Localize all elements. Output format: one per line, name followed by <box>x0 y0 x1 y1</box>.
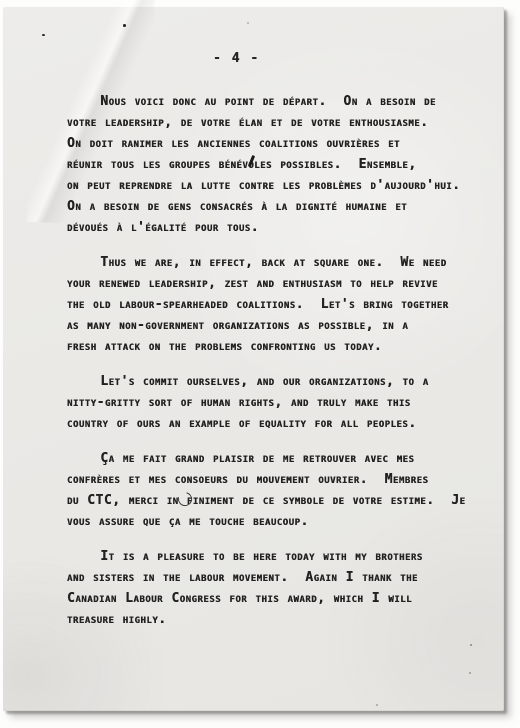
paragraph-french-thanks: Ça me fait grand plaisir de me retrouver… <box>67 448 507 532</box>
paper-speck <box>470 644 472 646</box>
paragraph-english-commit: Let's commit ourselves, and our organiza… <box>67 371 507 434</box>
paper-speck <box>42 34 45 36</box>
paper-speck <box>123 24 126 27</box>
document-body: Nous voici donc au point de départ. On a… <box>67 91 507 644</box>
paper-speck <box>469 672 471 674</box>
paragraph-french-opening: Nous voici donc au point de départ. On a… <box>67 91 507 238</box>
paragraph-english-square-one: Thus we are, in effect, back at square o… <box>67 252 507 357</box>
page-number: - 4 - <box>213 51 260 66</box>
paragraph-english-thanks: It is a pleasure to be here today with m… <box>67 546 507 630</box>
paper-speck <box>376 704 378 706</box>
paper-speck <box>247 22 249 24</box>
document-page: - 4 - Nous voici donc au point de départ… <box>3 7 504 711</box>
